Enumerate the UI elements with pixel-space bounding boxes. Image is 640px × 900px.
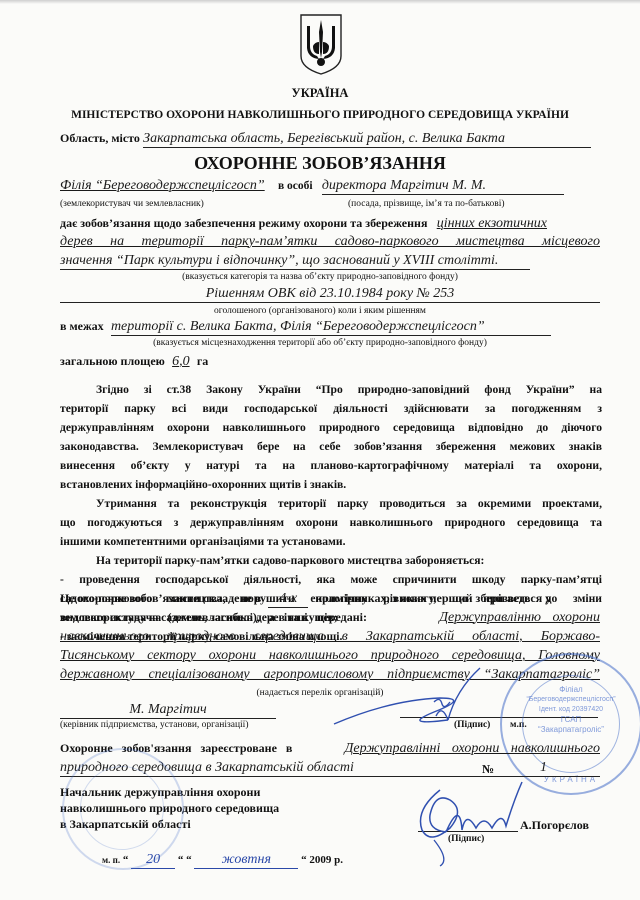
in-person-label: в особі (278, 180, 313, 192)
object-line-2: дерев на території парку-пам’ятки садово… (60, 234, 600, 250)
director-name: М. Маргітич (60, 702, 276, 719)
prohibitions-heading: На території парку-пам’ятки садово-парко… (60, 551, 602, 570)
area-label: загальною площею (60, 354, 165, 368)
document-title: ОХОРОННЕ ЗОБОВ’ЯЗАННЯ (0, 153, 640, 174)
location-value: території с. Велика Бакта, Філія “Берего… (111, 319, 551, 336)
para1-line: Згідно зі ст.38 Закону України “Про прир… (60, 380, 602, 399)
object-row-3: значення “Парк культури і відпочинку”, щ… (60, 253, 530, 270)
coat-of-arms-icon (298, 12, 344, 76)
person-caption: (посада, прізвище, ім’я та по-батькові) (348, 199, 505, 209)
obligation-intro: дає зобов’язання щодо забезпечення режим… (60, 216, 427, 230)
document-page: УКРАЇНА МІНІСТЕРСТВО ОХОРОНИ НАВКОЛИШНЬО… (0, 0, 640, 900)
scan-edge (0, 0, 640, 4)
director-caption: (керівник підприємства, установи, органі… (60, 720, 249, 730)
area-value: 6,0 (172, 354, 190, 369)
date-year: 2009 р. (309, 854, 343, 866)
registration-value-1: Держуправлінні охорони навколишнього (344, 741, 600, 757)
date-month: жовтня (194, 852, 298, 869)
location-label: в межах (60, 319, 104, 333)
region-label: Область, місто (60, 131, 140, 145)
area-row: загальною площею 6,0 га (60, 353, 208, 370)
party-row: Філія “Береговодержспецлісгосп” в особі … (60, 177, 564, 195)
person-value: директора Маргітич М. М. (322, 178, 564, 195)
copies-count: 4-х (268, 591, 308, 608)
object-line-1: цінних екзотичних (437, 216, 547, 231)
copies-line-3: навколишнього природного середовища в За… (60, 629, 600, 645)
stamp-line: “Береговодержспецлісгосп” (502, 695, 640, 705)
area-unit: га (197, 354, 208, 368)
copies-line2-value: Держуправлінню охорони (439, 610, 600, 626)
bullet1-line: - проведення господарської діяльності, я… (60, 570, 602, 589)
authority-stamp (62, 748, 184, 870)
head-name: А.Погорєлов (520, 818, 589, 833)
object-caption: (вказується категорія та назва об’єкту п… (0, 272, 640, 282)
region-value: Закарпатська область, Берегівський район… (143, 131, 591, 148)
para2-line: іншими компетентними організаціями та ус… (60, 532, 602, 551)
copies-suffix: примірниках, з яких перший зберігається … (315, 591, 551, 605)
object-line-3: значення “Парк культури і відпочинку”, щ… (60, 253, 530, 270)
location-caption: (вказується місцезнаходження території а… (0, 338, 640, 348)
copies-row: Це охоронне зобов’язання складене в 4-х … (60, 591, 551, 608)
copies-line2-text: землекористувача (землевласника), а інші… (60, 610, 367, 626)
copies-prefix: Це охоронне зобов’язання складене в (60, 591, 261, 605)
land-user-caption: (землекористувач чи землевласник) (60, 199, 204, 209)
stamp-line: Філіал (502, 685, 640, 695)
head-signature-icon (410, 770, 530, 870)
decision-caption: оголошеного (організованого) коли і яким… (0, 306, 640, 316)
para2-line: що погоджуються з держуправлінням охорон… (60, 513, 602, 532)
para1-line: винесення об’єкту у натурі та на планово… (60, 456, 602, 475)
director-signature-icon (330, 660, 490, 740)
land-user-value: Філія “Береговодержспецлісгосп” (60, 178, 265, 193)
para1-line: встановлених інформаційно-охоронних щиті… (60, 475, 602, 494)
region-row: Область, місто Закарпатська область, Бер… (60, 130, 591, 148)
country-name: УКРАЇНА (0, 86, 640, 101)
obligation-row: дає зобов’язання щодо забезпечення режим… (60, 215, 547, 232)
para2-line: Утримання та реконструкція території пар… (60, 494, 602, 513)
registration-number: 1 (540, 760, 547, 776)
para1-line: держуправлінням охорони навколишнього пр… (60, 418, 602, 437)
para1-line: законодавства. Землекористувач бере на с… (60, 437, 602, 456)
location-row: в межах території с. Велика Бакта, Філія… (60, 318, 551, 336)
stamp-line: “Закарпатагроліс” (502, 725, 640, 735)
decision-value: Рішенням ОВК від 23.10.1984 року № 253 (60, 286, 600, 303)
copies-row-2: землекористувача (землевласника), а інші… (60, 610, 600, 626)
stamp-line: ГСАП (502, 715, 640, 725)
para1-line: території парку всі види господарської д… (60, 399, 602, 418)
ministry-name: МІНІСТЕРСТВО ОХОРОНИ НАВКОЛИШНЬОГО ПРИРО… (0, 109, 640, 121)
stamp-line: Ідент. код 20397420 (502, 705, 640, 715)
